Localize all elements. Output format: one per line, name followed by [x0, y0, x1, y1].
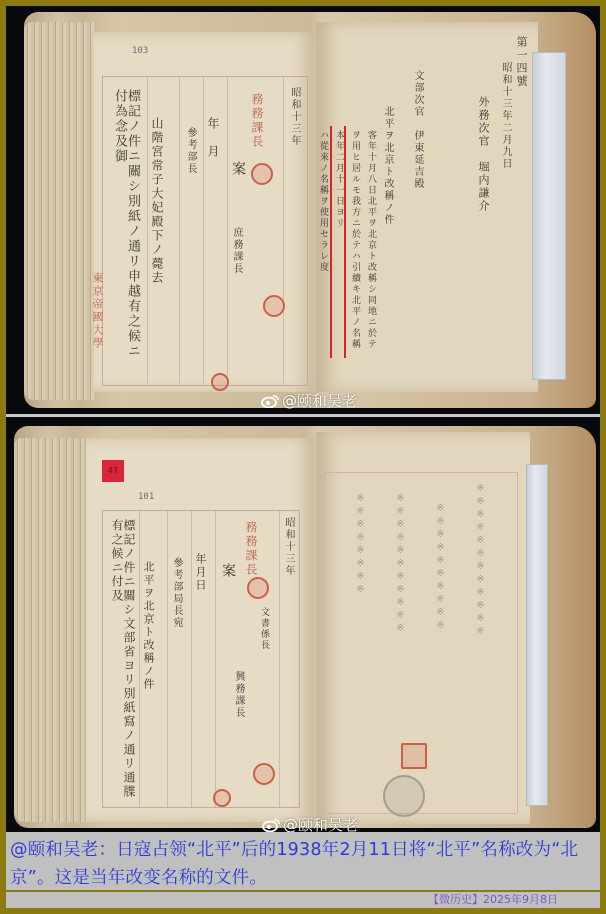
highlight-rule	[330, 126, 332, 358]
body-text: ヲ用ヒ居ルモ我方ニ於テハ引續キ北平ノ名稱	[350, 130, 359, 360]
red-page-tab: 47	[102, 460, 124, 482]
form-box: 標記ノ件ニ關シ別紙ノ通リ申越有之候ニ付為念及御 山階宮常子大妃殿下ノ薨去 參考部…	[102, 76, 308, 386]
caption-text: @颐和吴老：日寇占领“北平”后的1938年2月11日将“北平”名称改为“北京”。…	[10, 836, 598, 892]
draft-label: 案	[221, 563, 235, 579]
red-seal	[263, 295, 285, 317]
body-column: 標記ノ件ニ關シ別紙ノ通リ申越有之候ニ付為念及御	[113, 89, 139, 369]
section-chief-label: 務務課長	[251, 93, 263, 149]
left-page: 103 標記ノ件ニ關シ別紙ノ通リ申越有之候ニ付為念及御 山階宮常子大妃殿下ノ薨去…	[94, 32, 314, 392]
left-page: 47 101 標記ノ件ニ關シ文部省ヨリ別紙寫ノ通リ通牒有之候ニ付及 北平ヲ北京ト…	[86, 438, 314, 822]
red-seal	[251, 163, 273, 185]
binding-strip	[532, 52, 566, 380]
highlight-rule	[344, 126, 346, 358]
page-edges	[14, 438, 84, 822]
red-seal	[211, 373, 229, 391]
records-chief-label: 文書係長	[259, 607, 268, 651]
red-seal	[213, 789, 231, 807]
red-seal	[253, 763, 275, 785]
faint-text: ※※※※※※※※	[355, 493, 365, 693]
subject-column: 山階宮常子大妃殿下ノ薨去	[151, 117, 163, 317]
round-postmark	[383, 775, 425, 817]
body-text: 客年十月八日北平ヲ北京ト改稱シ同地ニ於テ	[366, 130, 375, 360]
approver-label: 興務課長	[233, 671, 243, 719]
weibo-icon	[262, 818, 280, 832]
watermark-text: @颐和吴老	[282, 390, 357, 411]
caption-source: 【微历史】2025年9月8日	[428, 892, 558, 908]
watermark-text: @颐和吴老	[283, 814, 358, 832]
era-date: 昭和十三年	[289, 87, 299, 147]
image-frame: 103 標記ノ件ニ關シ別紙ノ通リ申越有之候ニ付為念及御 山階宮常子大妃殿下ノ薨去…	[6, 6, 600, 908]
subject: 北平ヲ北京ト改稱ノ件	[382, 106, 392, 226]
recipient-column: 參考部局長宛	[171, 557, 181, 629]
sender: 外務次官 堀内謙介	[478, 96, 489, 213]
body-column: 標記ノ件ニ關シ文部省ヨリ別紙寫ノ通リ通牒有之候ニ付及	[111, 519, 135, 799]
recipient: 文部次官 伊東延吉殿	[412, 70, 422, 190]
date-column: 年 月	[207, 117, 219, 217]
page-number: 101	[138, 492, 154, 502]
doc-number: 第一四號	[516, 36, 527, 88]
red-square-seal	[401, 743, 427, 769]
faint-text: ※※※※※※※※※※※※	[475, 483, 485, 783]
faint-text: ※※※※※※※※※※	[435, 503, 445, 763]
faint-form-box: ※※※※※※※※※※※※ ※※※※※※※※※※ ※※※※※※※※※※※ ※※※※…	[324, 472, 518, 814]
recipient-column: 參考部長	[185, 127, 195, 247]
weibo-icon	[261, 394, 279, 408]
faint-text: ※※※※※※※※※※※	[395, 493, 405, 773]
section-chief-label: 務務課長	[245, 521, 257, 577]
right-page: 第一四號 昭和十三年二月九日 外務次官 堀内謙介 文部次官 伊東延吉殿 北平ヲ北…	[316, 22, 538, 392]
body-text: ハ從來ノ名稱ヲ使用セラレ度	[318, 130, 327, 360]
watermark: @颐和吴老	[262, 814, 358, 832]
right-page: ※※※※※※※※※※※※ ※※※※※※※※※※ ※※※※※※※※※※※ ※※※※…	[316, 432, 530, 824]
binding-strip	[526, 464, 548, 806]
approver-label: 庶務課長	[231, 227, 241, 275]
top-photo: 103 標記ノ件ニ關シ別紙ノ通リ申越有之候ニ付為念及御 山階宮常子大妃殿下ノ薨去…	[6, 6, 600, 413]
page-edges	[24, 22, 94, 400]
draft-label: 案	[231, 161, 245, 177]
date-column: 年月日	[195, 553, 206, 592]
page-number: 103	[132, 46, 148, 56]
red-seal	[247, 577, 269, 599]
watermark: @颐和吴老	[261, 390, 357, 411]
university-mark: 東京帝國大學	[92, 272, 103, 350]
era-date: 昭和十三年	[283, 517, 293, 577]
highlighted-text: 本年二月十一日ヨリ	[334, 130, 343, 360]
subject-column: 北平ヲ北京ト改稱ノ件	[143, 561, 154, 701]
caption-panel: @颐和吴老：日寇占领“北平”后的1938年2月11日将“北平”名称改为“北京”。…	[6, 832, 600, 908]
doc-date: 昭和十三年二月九日	[500, 62, 510, 170]
bottom-photo: 47 101 標記ノ件ニ關シ文部省ヨリ別紙寫ノ通リ通牒有之候ニ付及 北平ヲ北京ト…	[6, 418, 600, 832]
form-box: 標記ノ件ニ關シ文部省ヨリ別紙寫ノ通リ通牒有之候ニ付及 北平ヲ北京ト改稱ノ件 參考…	[102, 510, 300, 808]
